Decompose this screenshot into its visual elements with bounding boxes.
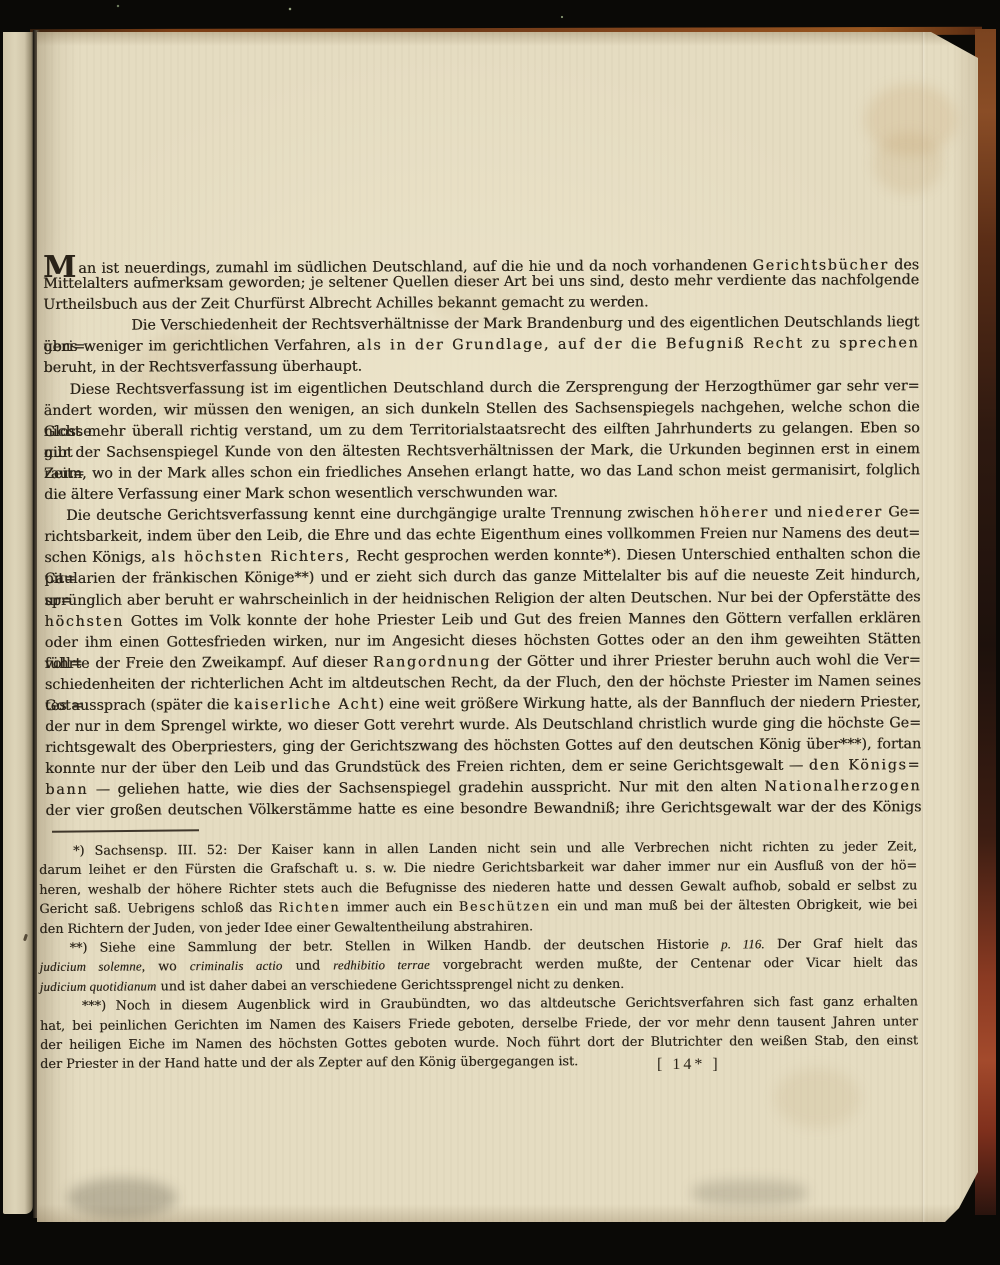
page-footnotes: *) Sachsensp. III. 52: Der Kaiser kann i… [39, 837, 918, 1074]
paragraph: Die deutsche Gerichtsverfassung kennt ei… [44, 502, 921, 822]
latin-antiqua-text: criminalis actio [190, 959, 283, 973]
paragraph: **) Siehe eine Sammlung der betr. Stelle… [40, 934, 918, 997]
book-page: Man ist neuerdings, zumahl im südlichen … [37, 32, 978, 1222]
letterspaced-emphasis: höchsten [45, 613, 124, 629]
foxing-stain [873, 132, 943, 194]
letterspaced-emphasis: Richten [278, 901, 340, 916]
latin-antiqua-text: judicium quotidianum [40, 979, 157, 994]
corner-shadow [67, 1178, 177, 1218]
paragraph: Man ist neuerdings, zumahl im südlichen … [43, 249, 919, 316]
scan-background: Man ist neuerdings, zumahl im südlichen … [0, 0, 1000, 1265]
signature-mark: [ 14* ] [657, 1056, 777, 1074]
letterspaced-emphasis: Rangordnung [373, 654, 491, 671]
letterspaced-emphasis: Beschützen [459, 899, 551, 914]
margin-tick-mark [23, 934, 28, 942]
text-line: der vier großen deutschen Völkerstämme h… [45, 798, 921, 823]
adjacent-page-edge [3, 32, 33, 1214]
letterspaced-emphasis: bann [45, 782, 88, 798]
letterspaced-emphasis: niederer [807, 504, 883, 520]
footnote-separator [52, 829, 199, 833]
book-cover-right-edge [975, 29, 996, 1215]
smudge-stain [692, 1180, 807, 1206]
page-crease [921, 32, 925, 1222]
paragraph: ***) Noch in diesem Augenblick wird in G… [40, 993, 918, 1075]
latin-antiqua-text: redhibitio terrae [333, 958, 430, 973]
letterspaced-emphasis: Nationalherzogen [764, 779, 921, 796]
letterspaced-emphasis: als in der Grundlage, auf der die Befugn… [357, 336, 920, 354]
letterspaced-emphasis: höherer [699, 505, 769, 521]
latin-antiqua-text: p. 116. [721, 937, 765, 951]
letterspaced-emphasis: als höchsten Richters, [151, 549, 351, 566]
paragraph: Diese Rechtsverfassung ist im eigentlich… [44, 376, 921, 506]
page-body-text: Man ist neuerdings, zumahl im südlichen … [43, 249, 921, 822]
foxing-stain [775, 1068, 860, 1128]
letterspaced-emphasis: kaiserliche Acht [234, 697, 379, 714]
latin-antiqua-text: judicium solemne, [40, 960, 145, 975]
text-line: Mittelalters aufmerksam geworden; je sel… [43, 270, 919, 295]
paragraph: *) Sachsensp. III. 52: Der Kaiser kann i… [39, 837, 917, 939]
text-line: gens weniger im gerichtlichen Verfahren,… [43, 334, 919, 359]
text-line: raum, wo in der Mark alles schon ein fri… [44, 460, 920, 485]
letterspaced-emphasis: den Königs= [809, 757, 921, 773]
text-line: der Priester in der Hand hatte und der a… [40, 1051, 918, 1075]
paragraph: Die Verschiedenheit der Rechtsverhältnis… [43, 312, 919, 379]
